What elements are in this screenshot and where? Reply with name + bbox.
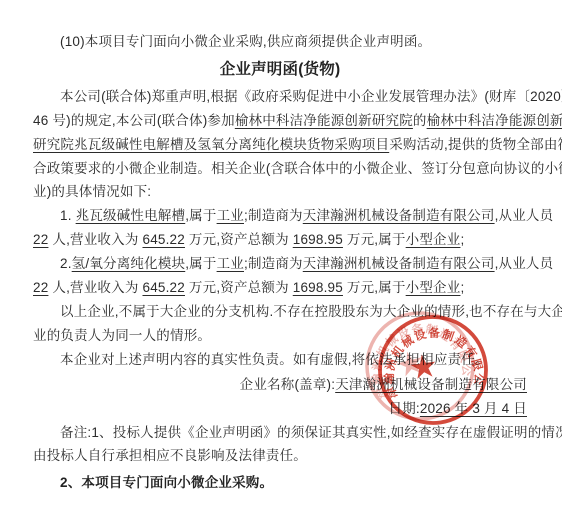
- filled-blank-value: 榆林中科洁净能源创新: [427, 113, 562, 128]
- static-text: 万元,资产总额为: [185, 232, 293, 247]
- intro-note-line: (10)本项目专门面向小微企业采购,供应商须提供企业声明函。: [33, 30, 527, 54]
- static-text: 由投标人自行承担相应不良影响及法律责任。: [33, 448, 307, 463]
- static-text: (10)本项目专门面向小微企业采购,供应商须提供企业声明函。: [60, 34, 431, 49]
- static-text: 业)的具体情况如下:: [33, 184, 151, 199]
- para-no-branch-line-1: 以上企业,不属于大企业的分支机构.不存在控股股东为大企业的情形,也不存在与大企: [33, 300, 527, 324]
- filled-blank-value: 645.22: [142, 280, 185, 295]
- item-2-line-1: 2.氢/氧分离纯化模块,属于工业;制造商为天津瀚洲机械设备制造有限公司,从业人员: [33, 252, 527, 276]
- para-declaration-line-4: 合政策要求的小微企业制造。相关企业(含联合体中的小微企业、签订分包意向协议的小微…: [33, 157, 527, 181]
- remark-line-1: 备注:1、投标人提供《企业声明函》的须保证其真实性,如经查实存在虚假证明的情况,: [33, 421, 527, 445]
- filled-blank-value: 天津瀚洲机械设备制造有限公司: [303, 256, 495, 271]
- filled-blank-value: 2026 年 3 月 4 日: [420, 401, 527, 416]
- static-text: 采购活动,提供的货物全部由符: [389, 137, 562, 152]
- static-text: ,属于: [185, 208, 216, 223]
- filled-blank-value: 氢/氧分离纯化模块: [72, 256, 186, 271]
- static-text: 人,营业收入为: [48, 280, 142, 295]
- para-responsibility: 本企业对上述声明内容的真实性负责。如有虚假,将依法承担相应责任。: [33, 348, 527, 372]
- filled-blank-value: 1698.95: [293, 280, 343, 295]
- filled-blank-value: 工业: [217, 208, 244, 223]
- para-declaration-line-3: 研究院兆瓦级碱性电解槽及氢氧分离纯化模块货物采购项目采购活动,提供的货物全部由符: [33, 133, 527, 157]
- static-text: 万元,属于: [343, 232, 406, 247]
- static-text: 万元,属于: [343, 280, 406, 295]
- filled-blank-value: 天津瀚洲机械设备制造有限公司: [303, 208, 495, 223]
- filled-blank-value: 天津瀚洲机械设备制造有限公司: [335, 377, 527, 392]
- filled-blank-value: 1698.95: [293, 232, 343, 247]
- static-text: 2、本项目专门面向小微企业采购。: [60, 475, 273, 490]
- filled-blank-value: 22: [33, 280, 48, 295]
- para-declaration-line-5: 业)的具体情况如下:: [33, 180, 527, 204]
- filled-blank-value: 研究院兆瓦级碱性电解槽及氢氧分离纯化模块货物采购项目: [33, 137, 389, 152]
- static-text: 的: [413, 113, 427, 128]
- static-text: ;制造商为: [244, 208, 303, 223]
- static-text: 1.: [60, 208, 76, 223]
- document-body: (10)本项目专门面向小微企业采购,供应商须提供企业声明函。企业声明函(货物)本…: [0, 30, 562, 495]
- static-text: ;: [460, 232, 464, 247]
- filled-blank-value: 小型企业: [406, 232, 461, 247]
- company-name-line: 企业名称(盖章):天津瀚洲机械设备制造有限公司: [33, 373, 527, 397]
- static-text: 万元,资产总额为: [185, 280, 293, 295]
- filled-blank-value: 榆林中科洁净能源创新研究院: [235, 113, 413, 128]
- filled-blank-value: 小型企业: [406, 280, 461, 295]
- static-text: 46 号)的规定,本公司(联合体)参加: [33, 113, 235, 128]
- filled-blank-value: 645.22: [142, 232, 185, 247]
- static-text: 人,营业收入为: [48, 232, 142, 247]
- static-text: ;制造商为: [244, 256, 303, 271]
- filled-blank-value: 工业: [217, 256, 244, 271]
- static-text: ,属于: [185, 256, 216, 271]
- declaration-document-page: (10)本项目专门面向小微企业采购,供应商须提供企业声明函。企业声明函(货物)本…: [0, 0, 562, 520]
- para-declaration-line-1: 本公司(联合体)郑重声明,根据《政府采购促进中小企业发展管理办法》(财库〔202…: [33, 85, 527, 109]
- remark-line-3: 2、本项目专门面向小微企业采购。: [33, 471, 527, 495]
- static-text: 以上企业,不属于大企业的分支机构.不存在控股股东为大企业的情形,也不存在与大企: [60, 304, 562, 319]
- item-1-line-1: 1. 兆瓦级碱性电解槽,属于工业;制造商为天津瀚洲机械设备制造有限公司,从业人员: [33, 204, 527, 228]
- para-declaration-line-2: 46 号)的规定,本公司(联合体)参加榆林中科洁净能源创新研究院的榆林中科洁净能…: [33, 109, 527, 133]
- static-text: 2.: [60, 256, 72, 271]
- remark-line-2: 由投标人自行承担相应不良影响及法律责任。: [33, 444, 527, 468]
- static-text: 企业声明函(货物): [220, 61, 341, 78]
- static-text: 业的负责人为同一人的情形。: [33, 328, 211, 343]
- static-text: 本公司(联合体)郑重声明,根据《政府采购促进中小企业发展管理办法》(财库〔202…: [60, 89, 562, 104]
- item-1-line-2: 22 人,营业收入为 645.22 万元,资产总额为 1698.95 万元,属于…: [33, 228, 527, 252]
- static-text: 企业名称(盖章):: [240, 377, 336, 392]
- static-text: 备注:1、投标人提供《企业声明函》的须保证其真实性,如经查实存在虚假证明的情况,: [60, 425, 562, 440]
- doc-title: 企业声明函(货物): [33, 58, 527, 82]
- static-text: 本企业对上述声明内容的真实性负责。如有虚假,将依法承担相应责任。: [60, 352, 489, 367]
- filled-blank-value: 22: [33, 232, 48, 247]
- static-text: ,从业人员: [495, 256, 554, 271]
- date-line: 日期:2026 年 3 月 4 日: [33, 397, 527, 421]
- static-text: ,从业人员: [495, 208, 554, 223]
- static-text: ;: [460, 280, 464, 295]
- filled-blank-value: 兆瓦级碱性电解槽: [76, 208, 186, 223]
- static-text: 合政策要求的小微企业制造。相关企业(含联合体中的小微企业、签订分包意向协议的小微…: [33, 161, 562, 176]
- para-no-branch-line-2: 业的负责人为同一人的情形。: [33, 324, 527, 348]
- item-2-line-2: 22 人,营业收入为 645.22 万元,资产总额为 1698.95 万元,属于…: [33, 276, 527, 300]
- static-text: 日期:: [389, 401, 420, 416]
